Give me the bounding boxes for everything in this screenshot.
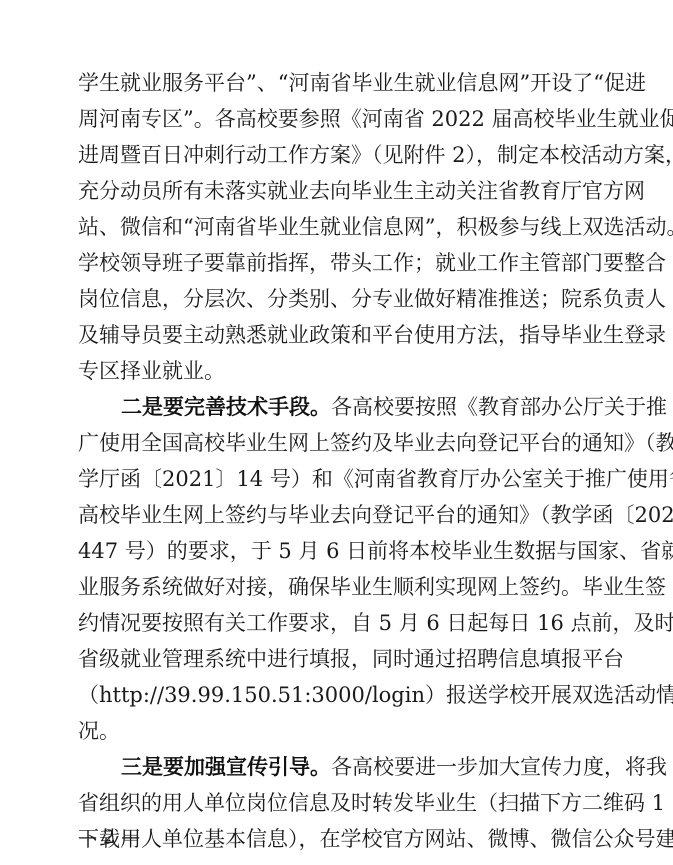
document-page: 学生就业服务平台”、“河南省毕业生就业信息网”开设了“促进 周河南专区”。各高校… xyxy=(0,0,673,865)
paragraph-3-line-2: 省组织的用人单位岗位信息及时转发毕业生（扫描下方二维码 1 xyxy=(78,788,602,818)
paragraph-2-line-2: 广使用全国高校毕业生网上签约及毕业去向登记平台的通知》（教 xyxy=(78,428,602,458)
paragraph-2-first-line-text: 各高校要按照《教育部办公厅关于推 xyxy=(331,395,667,419)
paragraph-2-line-7: 约情况要按照有关工作要求，自 5 月 6 日起每日 16 点前，及时在 xyxy=(78,608,602,638)
paragraph-2-line-9: （http://39.99.150.51:3000/login）报送学校开展双选… xyxy=(78,680,602,710)
paragraph-1-line-3: 进周暨百日冲刺行动工作方案》（见附件 2），制定本校活动方案， xyxy=(78,140,602,170)
paragraph-2-heading: 二是要完善技术手段。 xyxy=(121,395,331,419)
paragraph-1-line-8: 及辅导员要主动熟悉就业政策和平台使用方法，指导毕业生登录 xyxy=(78,320,602,350)
paragraph-3-first-line: 三是要加强宣传引导。各高校要进一步加大宣传力度，将我 xyxy=(121,752,602,782)
paragraph-1-line-4: 充分动员所有未落实就业去向毕业生主动关注省教育厅官方网 xyxy=(78,176,602,206)
paragraph-3-heading: 三是要加强宣传引导。 xyxy=(121,755,331,779)
paragraph-2-line-5: 447 号）的要求，于 5 月 6 日前将本校毕业生数据与国家、省就 xyxy=(78,536,602,566)
paragraph-2-line-4: 高校毕业生网上签约与毕业去向登记平台的通知》（教学函〔2021〕 xyxy=(78,500,602,530)
paragraph-1-line-7: 岗位信息，分层次、分类别、分专业做好精准推送；院系负责人 xyxy=(78,284,602,314)
paragraph-2-line-10: 况。 xyxy=(78,716,602,746)
paragraph-1-line-2: 周河南专区”。各高校要参照《河南省 2022 届高校毕业生就业促 xyxy=(78,104,602,134)
paragraph-1-line-1: 学生就业服务平台”、“河南省毕业生就业信息网”开设了“促进 xyxy=(78,68,602,98)
paragraph-2-line-3: 学厅函〔2021〕14 号）和《河南省教育厅办公室关于推广使用省 xyxy=(78,464,602,494)
page-number: — 2 — xyxy=(78,826,140,848)
paragraph-1-line-9: 专区择业就业。 xyxy=(78,356,602,386)
paragraph-3-line-3: 下载用人单位基本信息），在学校官方网站、微博、微信公众号建 xyxy=(78,824,602,854)
paragraph-3-first-line-text: 各高校要进一步加大宣传力度，将我 xyxy=(331,755,667,779)
paragraph-2-line-6: 业服务系统做好对接，确保毕业生顺利实现网上签约。毕业生签 xyxy=(78,572,602,602)
paragraph-1-line-6: 学校领导班子要靠前指挥，带头工作；就业工作主管部门要整合 xyxy=(78,248,602,278)
paragraph-2-line-8: 省级就业管理系统中进行填报，同时通过招聘信息填报平台 xyxy=(78,644,602,674)
paragraph-1-line-5: 站、微信和“河南省毕业生就业信息网”，积极参与线上双选活动。 xyxy=(78,212,602,242)
paragraph-2-first-line: 二是要完善技术手段。各高校要按照《教育部办公厅关于推 xyxy=(121,392,602,422)
